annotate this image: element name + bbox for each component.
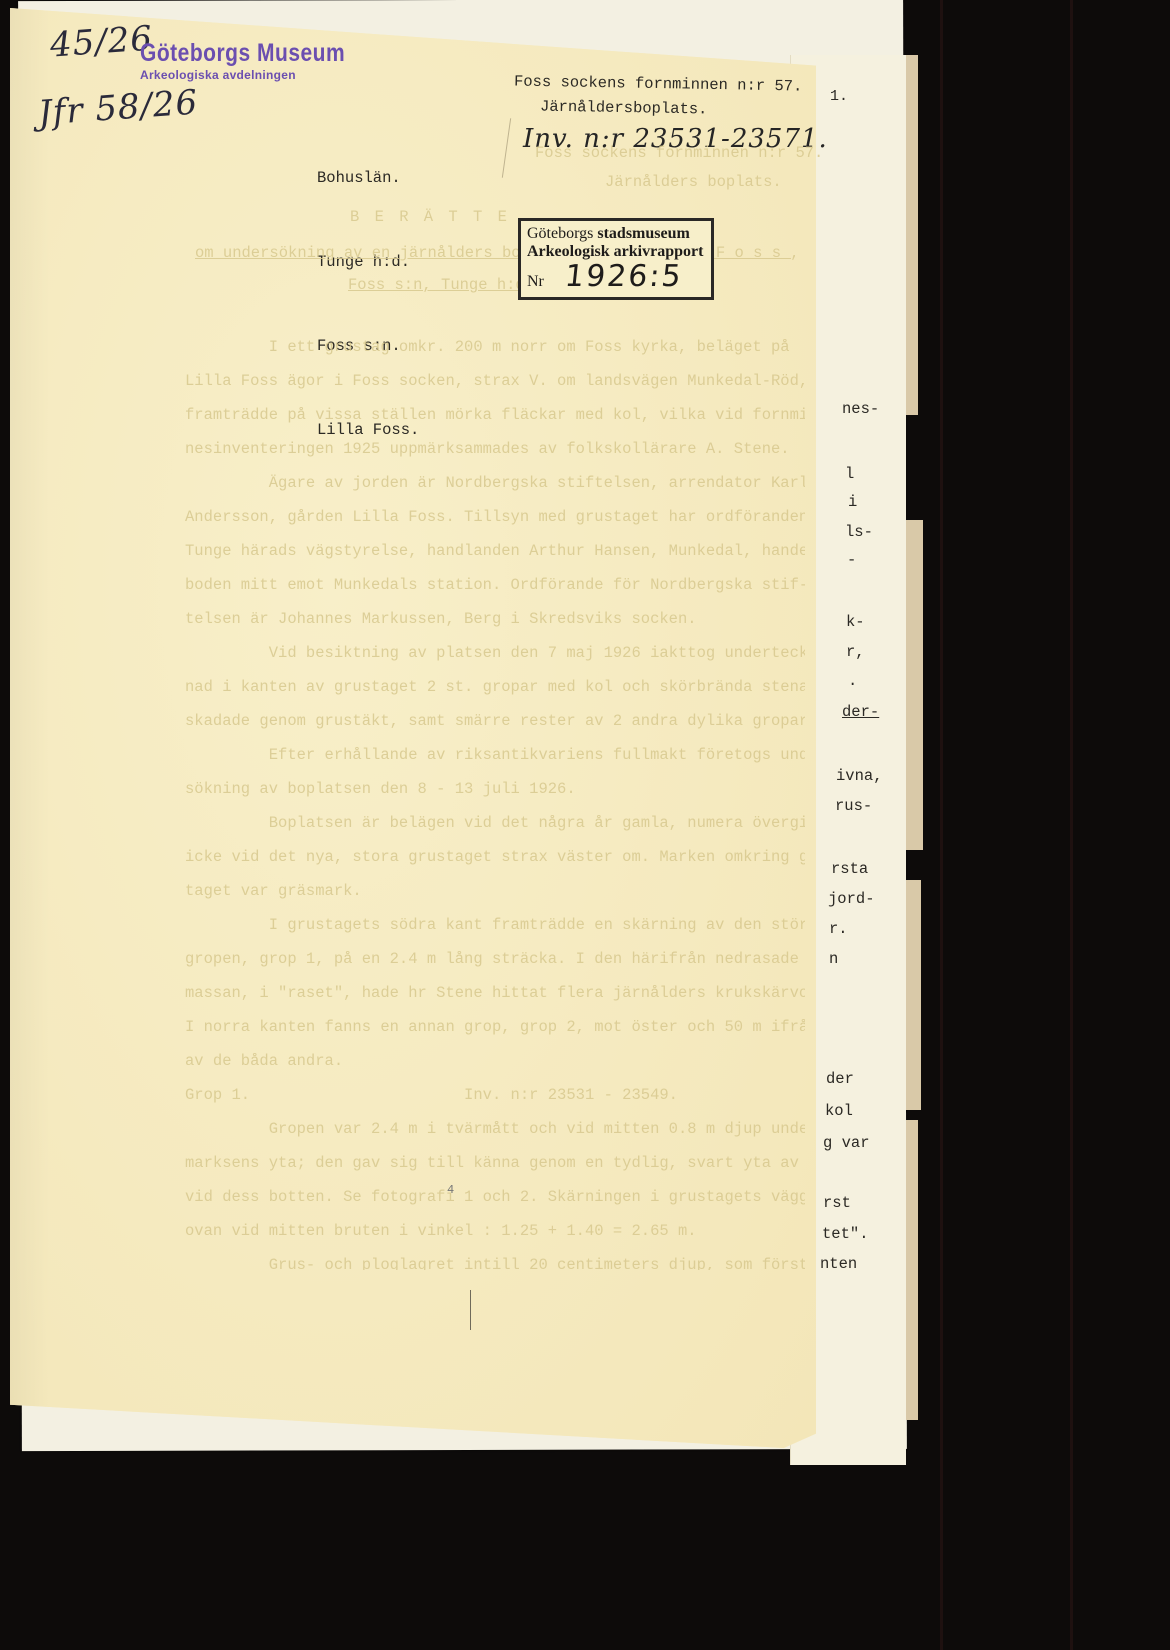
faint-body-line: Andersson, gården Lilla Foss. Tillsyn me… [185, 500, 805, 534]
overhang-fragment: der- [842, 703, 879, 721]
overhang-fragment: ls- [845, 523, 873, 541]
background-stripe [940, 0, 943, 1650]
overhang-fragment: jord- [828, 890, 875, 908]
museum-stamp-title: Göteborgs Museum [140, 40, 345, 69]
address-line: Bohuslän. [317, 164, 419, 192]
faint-body-line: marksens yta; den gav sig till känna gen… [185, 1146, 805, 1180]
overhang-fragment: k- [846, 613, 865, 631]
faint-body-line: Lilla Foss ägor i Foss socken, strax V. … [185, 364, 805, 398]
faint-body-line: taget var gräsmark. [185, 874, 805, 908]
archive-stamp: Göteborgs stadsmuseum Arkeologisk arkivr… [518, 218, 714, 300]
faint-body-line: I grustagets södra kant framträdde en sk… [185, 908, 805, 942]
faint-body-line: I norra kanten fanns en annan grop, grop… [185, 1010, 805, 1044]
faint-body-line: Grop 1. Inv. n:r 23531 - 23549. [185, 1078, 805, 1112]
faint-body-line: gropen, grop 1, på en 2.4 m lång sträcka… [185, 942, 805, 976]
faint-body-line: Gropen var 2.4 m i tvärmått och vid mitt… [185, 1112, 805, 1146]
faint-body-line: Boplatsen är belägen vid det några år ga… [185, 806, 805, 840]
faint-body-line: Ägare av jorden är Nordbergska stiftelse… [185, 466, 805, 500]
background-stripe [1070, 0, 1073, 1650]
faint-body-line: I ett grustag omkr. 200 m norr om Foss k… [185, 330, 805, 364]
overhang-fragment: der [826, 1070, 854, 1088]
overhang-fragment: tet". [822, 1225, 869, 1243]
faint-body-line: vid dess botten. Se fotografi 1 och 2. S… [185, 1180, 805, 1214]
overhang-fragment: rst [823, 1194, 851, 1212]
faint-body-line: Vid besiktning av platsen den 7 maj 1926… [185, 636, 805, 670]
faint-title: B E R Ä T T E L S E [350, 200, 520, 234]
faint-body-line: sökning av boplatsen den 8 - 13 juli 192… [185, 772, 805, 806]
overhang-fragment: i [848, 493, 857, 511]
overhang-fragment: . [848, 672, 857, 690]
archive-stamp-nr-label: Nr [527, 273, 544, 291]
faint-body-line: framträdde på vissa ställen mörka fläcka… [185, 398, 805, 432]
overhang-fragment: nten [820, 1255, 857, 1273]
overhang-fragment: n [829, 950, 838, 968]
faint-body-line: boden mitt emot Munkedals station. Ordfö… [185, 568, 805, 602]
faint-body-line: telsen är Johannes Markussen, Berg i Skr… [185, 602, 805, 636]
faint-body-line: Tunge härads vägstyrelse, handlanden Art… [185, 534, 805, 568]
archive-stamp-nr-value: 1926:5 [563, 259, 684, 294]
heading-line-2: Järnåldersboplats. [540, 93, 708, 124]
faint-header-2: Järnålders boplats. [605, 165, 805, 199]
faint-body-line: nad i kanten av grustaget 2 st. gropar m… [185, 670, 805, 704]
faint-body-line: Grus- och ploglagret intill 20 centimete… [185, 1248, 805, 1270]
faint-body-line: nesinventeringen 1925 uppmärksammades av… [185, 432, 805, 466]
overhang-fragment: g var [823, 1134, 870, 1152]
handwritten-number: 45/26 [49, 18, 155, 65]
faint-body-line: ovan vid mitten bruten i vinkel : 1.25 +… [185, 1214, 805, 1248]
faint-body-line: icke vid det nya, stora grustaget strax … [185, 840, 805, 874]
faint-body-line: Efter erhållande av riksantikvariens ful… [185, 738, 805, 772]
overhang-fragment: rsta [831, 860, 868, 878]
overhang-fragment: l [845, 465, 854, 483]
pencil-mark [470, 1290, 471, 1330]
faint-body-line: massan, i "raset", hade hr Stene hittat … [185, 976, 805, 1010]
faint-body-line: av de båda andra. [185, 1044, 805, 1078]
overhang-fragment: nes- [842, 400, 879, 418]
overhang-fragment: - [847, 551, 856, 569]
page-number: 1. [830, 88, 848, 105]
handwritten-margin-mark: 4 [447, 1176, 454, 1204]
museum-stamp-subtitle: Arkeologiska avdelningen [140, 68, 345, 82]
overhang-fragment: r, [846, 643, 865, 661]
faint-body-text: I ett grustag omkr. 200 m norr om Foss k… [185, 330, 805, 1270]
museum-stamp: Göteborgs Museum Arkeologiska avdelninge… [140, 42, 345, 82]
overhang-fragment: rus- [835, 797, 872, 815]
overhang-fragment: kol [825, 1102, 853, 1120]
overhang-fragment: ivna, [836, 767, 883, 785]
faint-body-line: skadade genom grustäkt, samt smärre rest… [185, 704, 805, 738]
archive-stamp-line-1: Göteborgs stadsmuseum [527, 225, 705, 243]
overhang-fragment: r. [829, 920, 848, 938]
